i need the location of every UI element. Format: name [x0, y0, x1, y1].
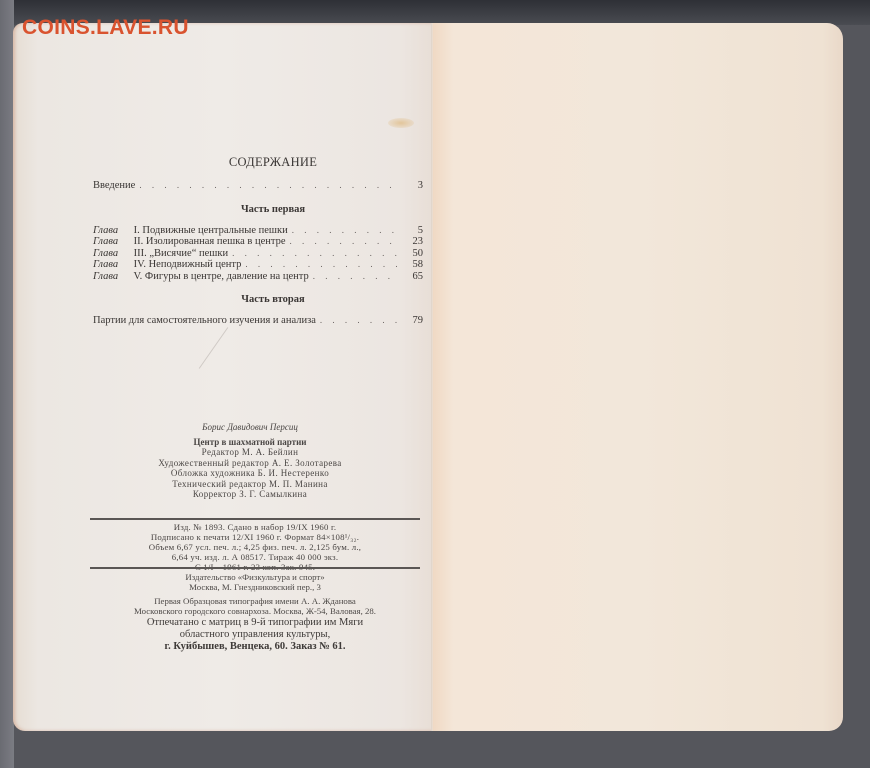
- toc-entry-label: II. Изолированная пешка в центре: [134, 236, 286, 247]
- table-of-contents: СОДЕРЖАНИЕ Введение 3 Часть первая Глава…: [93, 155, 423, 327]
- credit-proofreader: Корректор З. Г. Самылкина: [90, 489, 410, 500]
- reprint-info: Отпечатано с матриц в 9-й типографии им …: [90, 617, 420, 653]
- toc-entry-chapter-2: Глава II. Изолированная пешка в центре 2…: [93, 236, 423, 248]
- toc-entry-page: 5: [401, 225, 423, 237]
- printer-line: Московского городского совнархоза. Москв…: [90, 606, 420, 616]
- toc-entry-page: 3: [401, 180, 423, 192]
- dot-leader: [232, 248, 397, 260]
- dot-leader: [313, 271, 397, 283]
- book-credits: Борис Давидович Персиц Центр в шахматной…: [90, 422, 410, 500]
- scan-background-left: [0, 0, 14, 768]
- toc-entry-chapter-3: Глава III. „Висячие“ пешки 50: [93, 248, 423, 260]
- toc-entry-page: 58: [401, 259, 423, 271]
- toc-entry-intro: Введение 3: [93, 180, 423, 192]
- chapter-prefix: Глава: [93, 225, 131, 237]
- right-page-blank: [433, 23, 843, 731]
- credit-editor: Редактор М. А. Бейлин: [90, 447, 410, 458]
- publisher-name: Издательство «Физкультура и спорт»: [90, 572, 420, 582]
- toc-entry-page: 50: [401, 248, 423, 260]
- page-crease: [199, 327, 228, 369]
- publisher-info: Издательство «Физкультура и спорт» Москв…: [90, 572, 420, 592]
- toc-entry-label: Введение: [93, 180, 135, 192]
- toc-entry-games: Партии для самостоятельного изучения и а…: [93, 315, 423, 327]
- toc-part-2-title: Часть вторая: [93, 294, 423, 305]
- print-imprint: Изд. № 1893. Сдано в набор 19/IX 1960 г.…: [90, 522, 420, 572]
- toc-entry-label: IV. Неподвижный центр: [134, 259, 242, 270]
- toc-title: СОДЕРЖАНИЕ: [93, 155, 423, 170]
- reprint-order-line: г. Куйбышев, Венцека, 60. Заказ № 61.: [90, 641, 420, 653]
- toc-entry-label: III. „Висячие“ пешки: [134, 248, 228, 259]
- chapter-prefix: Глава: [93, 248, 131, 260]
- toc-entry-chapter-4: Глава IV. Неподвижный центр 58: [93, 259, 423, 271]
- toc-entry-page: 79: [401, 315, 423, 327]
- divider-bottom: [90, 567, 420, 569]
- toc-entry-page: 65: [401, 271, 423, 283]
- author-name: Борис Давидович Персиц: [90, 422, 410, 433]
- dot-leader: [139, 180, 397, 192]
- credit-art-editor: Художественный редактор А. Е. Золотарева: [90, 458, 410, 469]
- chapter-prefix: Глава: [93, 259, 131, 271]
- toc-entry-label: V. Фигуры в центре, давление на центр: [133, 271, 308, 282]
- dot-leader: [245, 259, 397, 271]
- chapter-prefix: Глава: [93, 271, 131, 283]
- divider-top: [90, 518, 420, 520]
- toc-entry-chapter-5: Глава V. Фигуры в центре, давление на це…: [93, 271, 423, 283]
- toc-entry-label: Партии для самостоятельного изучения и а…: [93, 315, 316, 327]
- credit-cover-artist: Обложка художника Б. И. Нестеренко: [90, 468, 410, 479]
- printer-info: Первая Образцовая типография имени А. А.…: [90, 596, 420, 616]
- publisher-address: Москва, М. Гнездниковский пер., 3: [90, 582, 420, 592]
- chapter-prefix: Глава: [93, 236, 131, 248]
- imprint-line: 6,64 уч. изд. л. А 08517. Тираж 40 000 э…: [90, 552, 420, 562]
- toc-part-1-title: Часть первая: [93, 204, 423, 215]
- dot-leader: [290, 236, 397, 248]
- toc-entry-chapter-1: Глава I. Подвижные центральные пешки 5: [93, 225, 423, 237]
- toc-entry-page: 23: [401, 236, 423, 248]
- watermark: COINS.LAVE.RU: [22, 16, 189, 40]
- book-title: Центр в шахматной партии: [90, 437, 410, 448]
- credit-tech-editor: Технический редактор М. П. Манина: [90, 479, 410, 490]
- reprint-line: Отпечатано с матриц в 9-й типографии им …: [90, 617, 420, 629]
- page-stain: [388, 118, 414, 128]
- printer-line: Первая Образцовая типография имени А. А.…: [90, 596, 420, 606]
- toc-entry-label: I. Подвижные центральные пешки: [134, 225, 288, 236]
- reprint-line: областного управления культуры,: [90, 629, 420, 641]
- imprint-line: Объем 6,67 усл. печ. л.; 4,25 физ. печ. …: [90, 542, 420, 552]
- imprint-line: Изд. № 1893. Сдано в набор 19/IX 1960 г.: [90, 522, 420, 532]
- dot-leader: [292, 225, 397, 237]
- dot-leader: [320, 315, 397, 327]
- imprint-line: Подписано к печати 12/XI 1960 г. Формат …: [90, 532, 420, 542]
